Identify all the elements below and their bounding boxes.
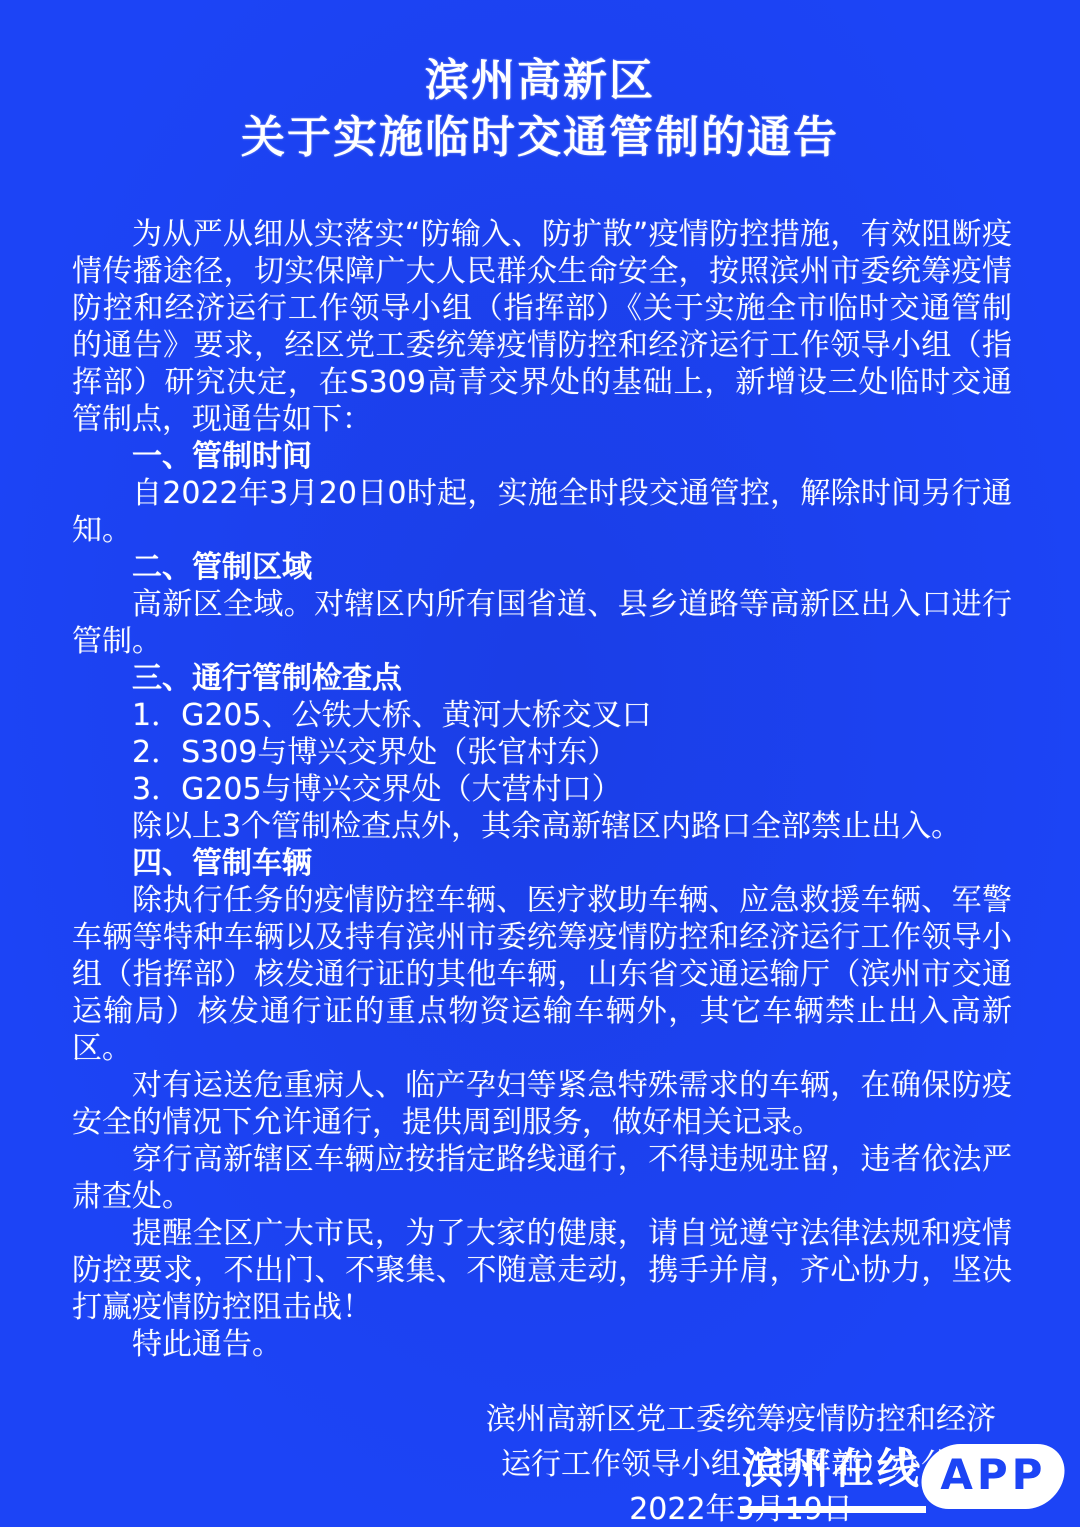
- watermark-app-badge: APP: [916, 1444, 1070, 1509]
- notice-title-line2: 关于实施临时交通管制的通告: [0, 109, 1080, 166]
- checkpoint-note: 除以上3个管制检查点外，其余高新辖区内路口全部禁止出入。: [72, 808, 1012, 845]
- watermark-app-badge-label: APP: [940, 1450, 1046, 1499]
- section-2-paragraph: 高新区全域。对辖区内所有国省道、县乡道路等高新区出入口进行管制。: [72, 586, 1012, 660]
- notice-title: 滨州高新区 关于实施临时交通管制的通告: [0, 52, 1080, 166]
- intro-paragraph: 为从严从细从实落实“防输入、防扩散”疫情防控措施，有效阻断疫情传播途径，切实保障…: [72, 216, 1012, 438]
- notice-body: 为从严从细从实落实“防输入、防扩散”疫情防控措施，有效阻断疫情传播途径，切实保障…: [72, 216, 1012, 1363]
- closing-statement: 特此通告。: [72, 1326, 1012, 1363]
- notice-page: 滨州高新区 关于实施临时交通管制的通告 为从严从细从实落实“防输入、防扩散”疫情…: [0, 0, 1080, 1527]
- binzhou-online-watermark: 滨州在线 APP: [740, 1436, 1064, 1513]
- section-1-paragraph: 自2022年3月20日0时起，实施全时段交通管控，解除时间另行通知。: [72, 475, 1012, 549]
- section-2-heading: 二、管制区域: [72, 549, 1012, 586]
- section-4-heading: 四、管制车辆: [72, 845, 1012, 882]
- notice-title-line1: 滨州高新区: [0, 52, 1080, 109]
- watermark-site-name: 滨州在线: [740, 1436, 926, 1513]
- checkpoint-item-1: 1．G205、公铁大桥、黄河大桥交叉口: [72, 697, 1012, 734]
- checkpoint-item-2: 2．S309与博兴交界处（张官村东）: [72, 734, 1012, 771]
- section-3-heading: 三、通行管制检查点: [72, 660, 1012, 697]
- section-4-paragraph-3: 穿行高新辖区车辆应按指定路线通行，不得违规驻留，违者依法严肃查处。: [72, 1141, 1012, 1215]
- section-1-heading: 一、管制时间: [72, 438, 1012, 475]
- section-4-paragraph-4: 提醒全区广大市民，为了大家的健康，请自觉遵守法律法规和疫情防控要求，不出门、不聚…: [72, 1215, 1012, 1326]
- checkpoint-item-3: 3．G205与博兴交界处（大营村口）: [72, 771, 1012, 808]
- section-4-paragraph-2: 对有运送危重病人、临产孕妇等紧急特殊需求的车辆，在确保防疫安全的情况下允许通行，…: [72, 1067, 1012, 1141]
- section-4-paragraph-1: 除执行任务的疫情防控车辆、医疗救助车辆、应急救援车辆、军警车辆等特种车辆以及持有…: [72, 882, 1012, 1067]
